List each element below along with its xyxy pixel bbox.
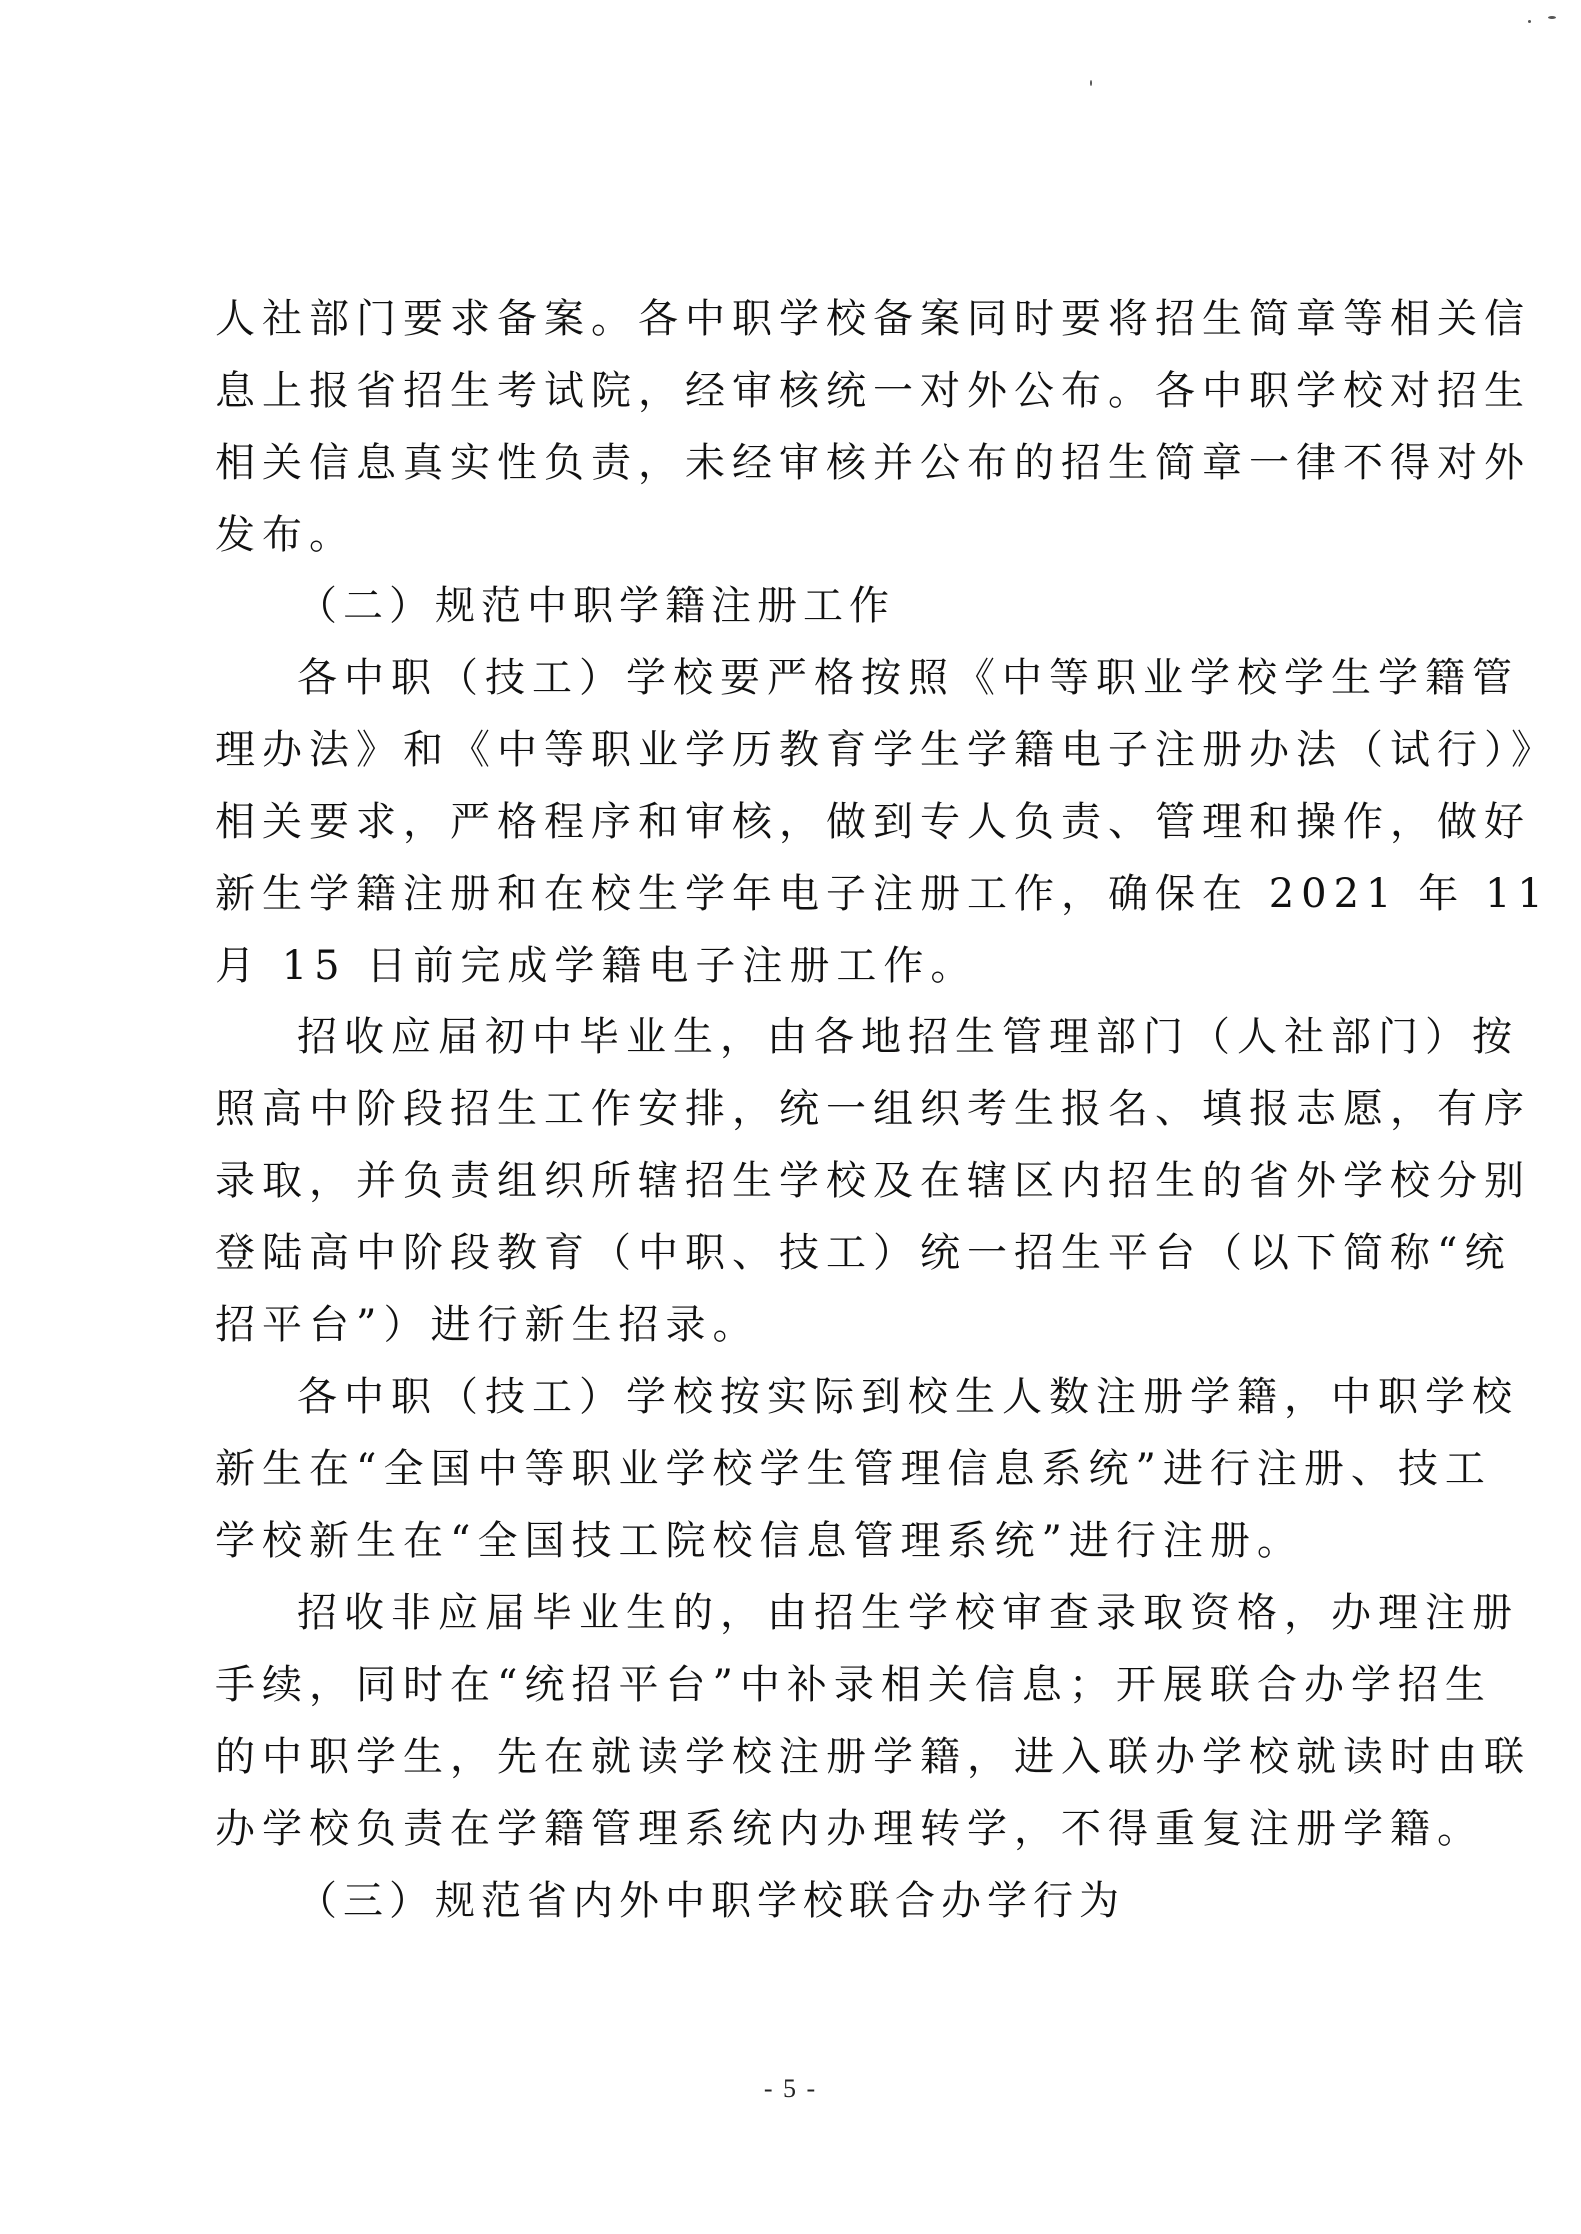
body-text-line: 理办法》和《中等职业学历教育学生学籍电子注册办法（试行）》: [215, 714, 1395, 786]
body-text-line: 月 15 日前完成学籍电子注册工作。: [215, 930, 1395, 1002]
scan-artifact: [1528, 20, 1531, 23]
document-page: 人社部门要求备案。各中职学校备案同时要将招生简章等相关信 息上报省招生考试院，经…: [0, 0, 1581, 2234]
body-text-line: 办学校负责在学籍管理系统内办理转学，不得重复注册学籍。: [215, 1793, 1395, 1865]
body-text-line: 学校新生在“全国技工院校信息管理系统”进行注册。: [215, 1505, 1395, 1577]
body-text-line: 招收非应届毕业生的，由招生学校审查录取资格，办理注册: [297, 1577, 1395, 1649]
body-text-line: 的中职学生，先在就读学校注册学籍，进入联办学校就读时由联: [215, 1721, 1395, 1793]
body-text-line: 录取，并负责组织所辖招生学校及在辖区内招生的省外学校分别: [215, 1145, 1395, 1217]
body-text-line: 招收应届初中毕业生，由各地招生管理部门（人社部门）按: [297, 1001, 1395, 1073]
section-heading: （三）规范省内外中职学校联合办学行为: [297, 1865, 1125, 1937]
body-text-line: 登陆高中阶段教育（中职、技工）统一招生平台（以下简称“统: [215, 1217, 1395, 1289]
body-text-line: 各中职（技工）学校要严格按照《中等职业学校学生学籍管: [297, 642, 1395, 714]
body-text-line: 发布。: [215, 499, 1395, 571]
body-text-line: 息上报省招生考试院，经审核统一对外公布。各中职学校对招生: [215, 355, 1395, 427]
scan-artifact: [1548, 16, 1556, 19]
body-text-line: 新生在“全国中等职业学校学生管理信息系统”进行注册、技工: [215, 1433, 1395, 1505]
body-text-line: 新生学籍注册和在校生学年电子注册工作，确保在 2021 年 11: [215, 858, 1395, 930]
body-text-line: 招平台”）进行新生招录。: [215, 1289, 1395, 1361]
scan-artifact: [1090, 80, 1092, 86]
body-text-line: 手续，同时在“统招平台”中补录相关信息；开展联合办学招生: [215, 1649, 1395, 1721]
section-heading: （二）规范中职学籍注册工作: [297, 570, 895, 642]
body-text-line: 各中职（技工）学校按实际到校生人数注册学籍，中职学校: [297, 1361, 1395, 1433]
page-number: - 5 -: [0, 2074, 1581, 2104]
body-text-line: 相关信息真实性负责，未经审核并公布的招生简章一律不得对外: [215, 427, 1395, 499]
body-text-line: 照高中阶段招生工作安排，统一组织考生报名、填报志愿，有序: [215, 1073, 1395, 1145]
body-text-line: 相关要求，严格程序和审核，做到专人负责、管理和操作，做好: [215, 786, 1395, 858]
body-text-line: 人社部门要求备案。各中职学校备案同时要将招生简章等相关信: [215, 283, 1395, 355]
